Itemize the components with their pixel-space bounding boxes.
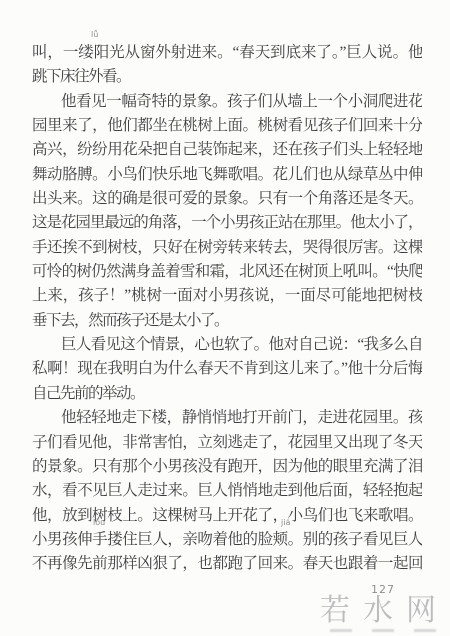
text-line: 园里来了，他们都坐在桃树上面。桃树看见孩子们回来十分 bbox=[32, 114, 422, 138]
book-page: 叫，一缕阳光从窗外射进来。“春天到底来了。”巨人说。他 跳下床往外看。 他看见一… bbox=[0, 0, 450, 636]
text-line: 子们看见他，非常害怕，立刻逃走了，花园里又出现了冬天 bbox=[32, 431, 422, 455]
watermark-subtext bbox=[330, 629, 352, 632]
text-line: 他，放到树枝上。这棵树马上开花了，小鸟们也飞来歌唱。 bbox=[32, 504, 422, 528]
text-line: 的景象。只有那个小男孩没有跑开，因为他的眼里充满了泪 bbox=[32, 455, 422, 479]
text-line: 跳下床往外看。 bbox=[32, 65, 422, 89]
text-line: 自己先前的举动。 bbox=[32, 382, 422, 406]
watermark-subtext bbox=[414, 629, 436, 632]
text-line: 这是花园里最远的角落，一个小男孩正站在那里。他太小了， bbox=[32, 211, 422, 235]
text-line: 高兴，纷纷用花朵把自己装饰起来，还在孩子们头上轻轻地 bbox=[32, 138, 422, 162]
text-line: 舞动胳膊。小鸟们快乐地飞舞歌唱。花儿们也从绿草丛中伸 bbox=[32, 163, 422, 187]
text-line: 不再像先前那样凶狠了，也都跑了回来。春天也跟着一起回 bbox=[32, 552, 422, 576]
pinyin-annotation-lv: lǚ bbox=[91, 31, 98, 39]
text-line: 小男孩伸手搂住巨人，亲吻着他的脸颊。别的孩子看见巨人 bbox=[32, 528, 422, 552]
text-line: 私啊！现在我明白为什么春天不肯到这儿来了。”他十分后悔 bbox=[32, 357, 422, 381]
text-line: 水，看不见巨人走过来。巨人悄悄地走到他后面，轻轻抱起 bbox=[32, 479, 422, 503]
text-line: 手还挨不到树枝，只好在树旁转来转去，哭得很厉害。这棵 bbox=[32, 236, 422, 260]
text-line: 上来，孩子！”桃树一面对小男孩说，一面尽可能地把树枝 bbox=[32, 284, 422, 308]
text-line: 他轻轻地走下楼，静悄悄地打开前门，走进花园里。孩 bbox=[32, 406, 422, 430]
story-text-block: 叫，一缕阳光从窗外射进来。“春天到底来了。”巨人说。他 跳下床往外看。 他看见一… bbox=[32, 41, 422, 577]
text-line: 巨人看见这个情景，心也软了。他对自己说：“我多么自 bbox=[32, 333, 422, 357]
pinyin-annotation-lou: lǒu bbox=[93, 519, 105, 527]
text-line: 他看见一幅奇特的景象。孩子们从墙上一个小洞爬进花 bbox=[32, 90, 422, 114]
watermark-subtext bbox=[372, 629, 394, 632]
text-line: 叫，一缕阳光从窗外射进来。“春天到底来了。”巨人说。他 bbox=[32, 41, 422, 65]
watermark-text: 若水网 bbox=[320, 595, 449, 627]
pinyin-annotation-jia: jiá bbox=[281, 519, 290, 527]
text-line: 垂下去，然而孩子还是太小了。 bbox=[32, 309, 422, 333]
text-line: 可怜的树仍然满身盖着雪和霜，北风还在树顶上吼叫。“快爬 bbox=[32, 260, 422, 284]
text-line: 出头来。这的确是很可爱的景象。只有一个角落还是冬天。 bbox=[32, 187, 422, 211]
